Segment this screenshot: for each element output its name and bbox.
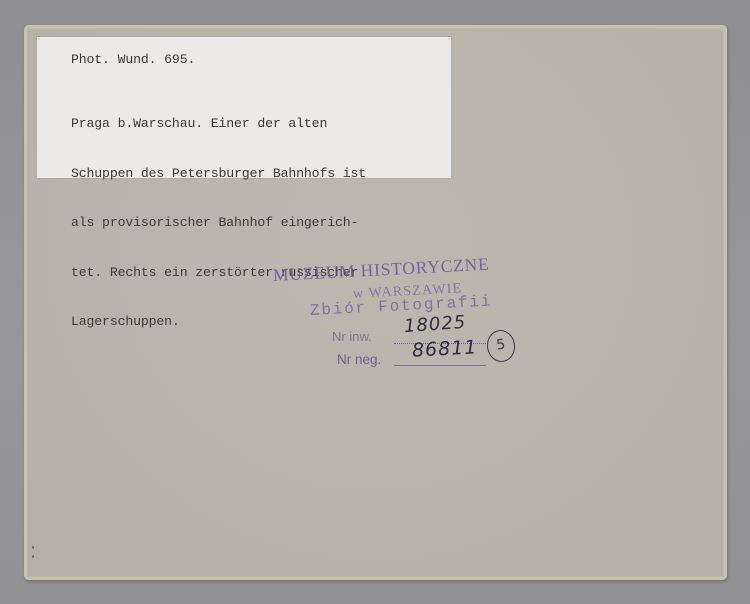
caption-heading: Phot. Wund. 695. [71,52,195,67]
pinhole-mark [32,555,34,558]
negative-number-line [394,365,486,366]
negative-number-label: Nr neg. [337,352,381,367]
caption-body: Praga b.Warschau. Einer der alten Schupp… [71,83,366,364]
pinhole-mark [32,546,34,549]
caption-line: als provisorischer Bahnhof eingerich- [71,215,366,232]
inventory-number-label: Nr inw. [332,329,372,344]
photo-card-back: Phot. Wund. 695. Praga b.Warschau. Einer… [24,25,727,580]
caption-line: Praga b.Warschau. Einer der alten [71,116,366,133]
inventory-number-value: 18025 [403,312,467,337]
caption-line: Schuppen des Petersburger Bahnhofs ist [71,166,366,183]
negative-number-value: 86811 [411,336,478,361]
typed-caption-label: Phot. Wund. 695. Praga b.Warschau. Einer… [37,37,451,178]
